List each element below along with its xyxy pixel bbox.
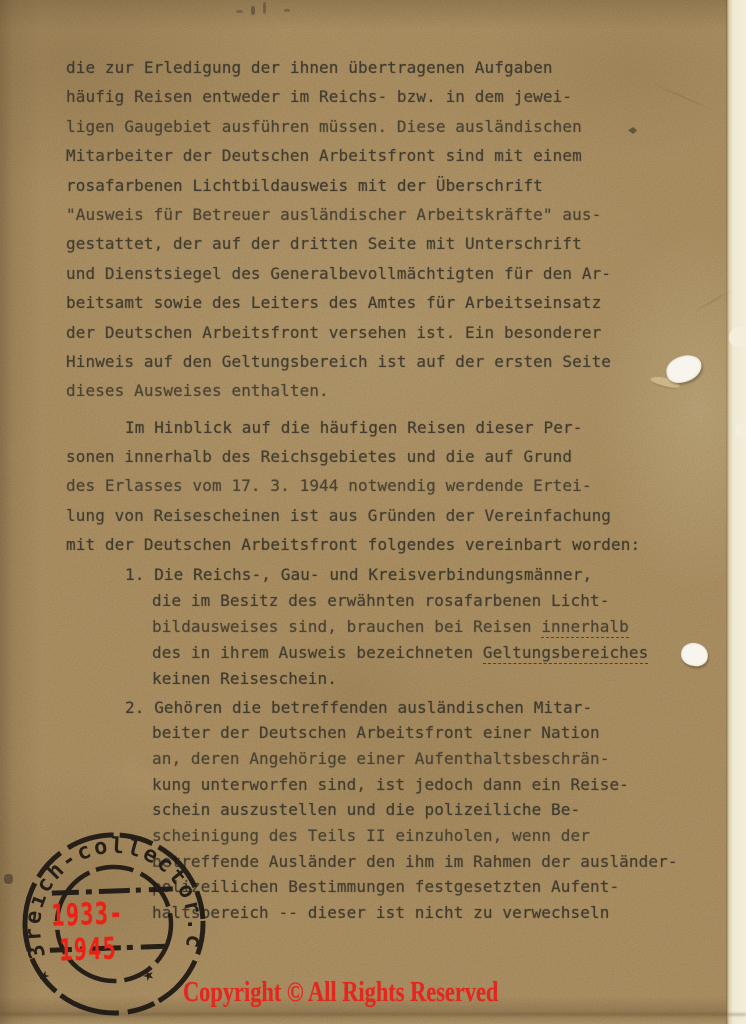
typed-line: haltsbereich -- dieser ist nicht zu verw… <box>152 903 706 929</box>
text-segment: betreffende Ausländer den ihm im Rahmen … <box>152 852 678 871</box>
text-segment: Hinweis auf den Geltungsbereich ist auf … <box>66 352 611 371</box>
text-segment: kung unterworfen sind, ist jedoch dann e… <box>152 775 629 794</box>
typed-line: ligen Gaugebiet ausführen müssen. Diese … <box>66 117 706 146</box>
text-segment: 1. Die Reichs-, Gau- und Kreisverbindung… <box>125 565 592 584</box>
copyright-notice: Copyright © All Rights Reserved <box>183 977 498 1009</box>
text-segment: dieses Ausweises enthalten. <box>66 381 329 400</box>
typed-line: "Ausweis für Betreuer ausländischer Arbe… <box>66 205 706 234</box>
text-segment: sonen innerhalb des Reichsgebietes und d… <box>66 447 572 466</box>
typed-line: polizeilichen Bestimmungen festgesetzten… <box>152 877 706 903</box>
typed-line: scheinigung des Teils II einzuholen, wen… <box>152 826 706 852</box>
text-segment: gestattet, der auf der dritten Seite mit… <box>66 234 582 253</box>
typed-line: an, deren Angehörige einer Aufenthaltsbe… <box>152 749 706 775</box>
text-segment: des in ihrem Ausweis bezeichneten <box>152 643 483 662</box>
text-segment: bildausweises sind, brauchen bei Reisen <box>152 617 541 636</box>
typed-line: die zur Erledigung der ihnen übertragene… <box>66 58 706 87</box>
typed-line: gestattet, der auf der dritten Seite mit… <box>66 234 706 263</box>
paper-edge-notch <box>735 424 746 437</box>
typed-line: des Erlasses vom 17. 3. 1944 notwendig w… <box>66 476 706 505</box>
text-segment: die zur Erledigung der ihnen übertragene… <box>66 58 553 77</box>
paper-edge-notch <box>729 327 746 347</box>
text-segment: mit der Deutschen Arbeitsfront folgendes… <box>66 535 640 554</box>
text-segment: scheinigung des Teils II einzuholen, wen… <box>152 826 590 845</box>
typed-line: kung unterworfen sind, ist jedoch dann e… <box>152 775 706 801</box>
text-segment: des Erlasses vom 17. 3. 1944 notwendig w… <box>66 476 592 495</box>
text-segment: Im Hinblick auf die häufigen Reisen dies… <box>125 418 582 437</box>
typed-line: beitsamt sowie des Leiters des Amtes für… <box>66 293 706 322</box>
text-segment: beitsamt sowie des Leiters des Amtes für… <box>66 293 601 312</box>
paragraph-2: Im Hinblick auf die häufigen Reisen dies… <box>66 418 706 565</box>
text-segment: die im Besitz des erwähnten rosafarbenen… <box>152 591 609 610</box>
typed-text-block: die zur Erledigung der ihnen übertragene… <box>66 58 706 929</box>
typed-line: betreffende Ausländer den ihm im Rahmen … <box>152 852 706 878</box>
typed-line: beiter der Deutschen Arbeitsfront einer … <box>152 723 706 749</box>
typed-line: die im Besitz des erwähnten rosafarbenen… <box>152 591 706 617</box>
text-segment: keinen Reiseschein. <box>152 669 337 688</box>
text-segment: 2. Gehören die betreffenden ausländische… <box>125 698 592 717</box>
ink-speck <box>284 9 290 12</box>
text-segment: der Deutschen Arbeitsfront versehen ist.… <box>66 323 601 342</box>
typed-line: rosafarbenen Lichtbildausweis mit der Üb… <box>66 176 706 205</box>
typed-line: keinen Reiseschein. <box>152 669 706 695</box>
text-segment: rosafarbenen Lichtbildausweis mit der Üb… <box>66 176 543 195</box>
typed-line: sonen innerhalb des Reichsgebietes und d… <box>66 447 706 476</box>
ink-speck <box>251 6 255 15</box>
typed-line: des in ihrem Ausweis bezeichneten Geltun… <box>152 643 706 669</box>
scan-background-band <box>727 0 746 1024</box>
typed-line: dieses Ausweises enthalten. <box>66 381 706 410</box>
typed-line: Hinweis auf den Geltungsbereich ist auf … <box>66 352 706 381</box>
text-segment: polizeilichen Bestimmungen festgesetzten… <box>152 877 619 896</box>
text-segment: Mitarbeiter der Deutschen Arbeitsfront s… <box>66 146 582 165</box>
text-segment: lung von Reisescheinen ist aus Gründen d… <box>66 506 611 525</box>
text-segment: an, deren Angehörige einer Aufenthaltsbe… <box>152 749 609 768</box>
typed-line: und Dienstsiegel des Generalbevollmächti… <box>66 264 706 293</box>
text-segment: "Ausweis für Betreuer ausländischer Arbe… <box>66 205 601 224</box>
typed-line: mit der Deutschen Arbeitsfront folgendes… <box>66 535 706 564</box>
text-segment: und Dienstsiegel des Generalbevollmächti… <box>66 264 611 283</box>
text-segment: schein auszustellen und die polizeiliche… <box>152 800 580 819</box>
ink-speck <box>236 10 243 13</box>
typed-line: 2. Gehören die betreffenden ausländische… <box>125 698 706 724</box>
text-segment: haltsbereich -- dieser ist nicht zu verw… <box>152 903 609 922</box>
paragraph-1: die zur Erledigung der ihnen übertragene… <box>66 58 706 411</box>
ink-speck <box>263 2 266 14</box>
text-segment: beiter der Deutschen Arbeitsfront einer … <box>152 723 600 742</box>
typed-line: der Deutschen Arbeitsfront versehen ist.… <box>66 323 706 352</box>
document-page: die zur Erledigung der ihnen übertragene… <box>0 0 746 1024</box>
underlined-text: Geltungsbereiches <box>483 643 648 664</box>
numbered-item-1: 1. Die Reichs-, Gau- und Kreisverbindung… <box>66 565 706 695</box>
typed-line: bildausweises sind, brauchen bei Reisen … <box>152 617 706 643</box>
stamp-years-text: 1933-1945 <box>43 896 132 969</box>
typed-line: schein auszustellen und die polizeiliche… <box>152 800 706 826</box>
typed-line: Mitarbeiter der Deutschen Arbeitsfront s… <box>66 146 706 175</box>
underlined-text: innerhalb <box>541 617 629 638</box>
typed-line: Im Hinblick auf die häufigen Reisen dies… <box>66 418 706 447</box>
stamp-star-right: ★ <box>138 963 162 986</box>
typed-line: häufig Reisen entweder im Reichs- bzw. i… <box>66 87 706 116</box>
text-segment: häufig Reisen entweder im Reichs- bzw. i… <box>66 87 572 106</box>
typed-line: 1. Die Reichs-, Gau- und Kreisverbindung… <box>125 565 706 591</box>
typed-line: lung von Reisescheinen ist aus Gründen d… <box>66 506 706 535</box>
text-segment: ligen Gaugebiet ausführen müssen. Diese … <box>66 117 582 136</box>
